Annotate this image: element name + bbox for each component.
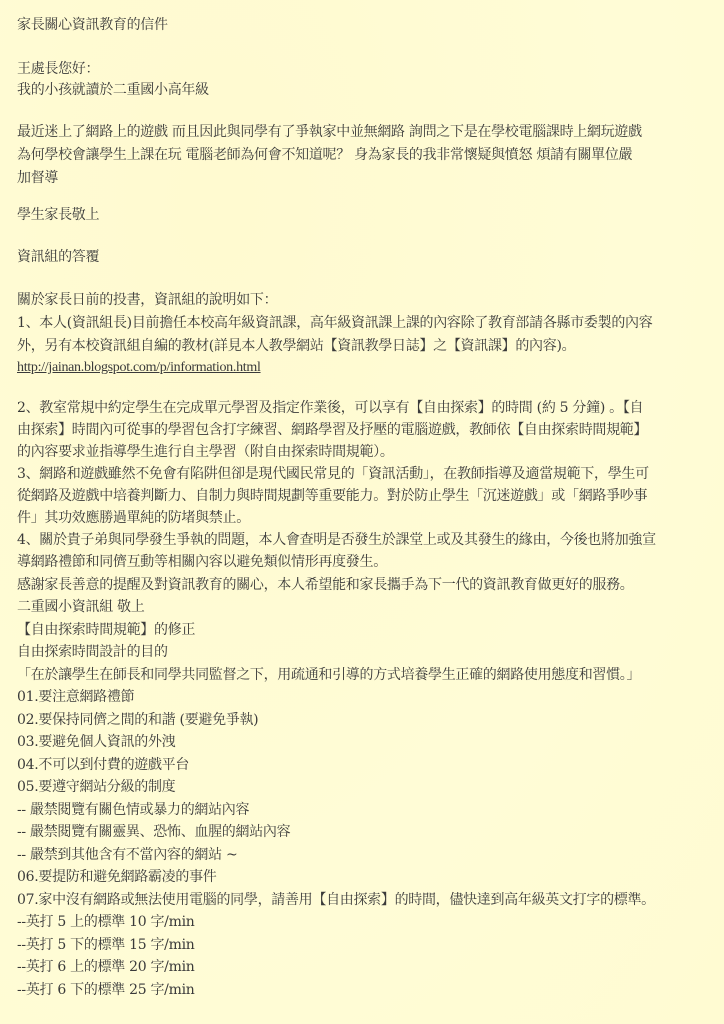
reply-intro: 關於家長日前的投書，資訊組的說明如下： bbox=[17, 292, 277, 308]
rules-heading: 【自由探索時間規範】的修正 bbox=[17, 622, 195, 638]
parent-intro: 我的小孩就讀於二重國小高年級 bbox=[17, 82, 209, 98]
info-page-link[interactable]: http://jainan.blogspot.com/p/information… bbox=[17, 359, 261, 376]
reply-signature: 二重國小資訊組 敬上 bbox=[17, 599, 144, 615]
parent-body-line: 為何學校會讓學生上課在玩 電腦老師為何會不知道呢？ 身為家長的我非常懷疑與憤怒 … bbox=[17, 147, 632, 163]
parent-salutation: 王處長您好： bbox=[17, 61, 99, 77]
info-page-link-text[interactable]: http://jainan.blogspot.com/p/information… bbox=[17, 360, 261, 375]
rules-purpose-heading: 自由探索時間設計的目的 bbox=[17, 644, 168, 660]
rule-item: 01.要注意網路禮節 bbox=[17, 689, 134, 705]
reply-point4-line: 4、關於貴子弟與同學發生爭執的問題，本人會查明是否發生於課堂上或及其發生的緣由，… bbox=[17, 532, 656, 548]
scanned-letter-page: 家長關心資訊教育的信件 王處長您好： 我的小孩就讀於二重國小高年級 最近迷上了網… bbox=[0, 0, 724, 1024]
reply-point2-line: 的內容要求並指導學生進行自主學習（附自由探索時間規範）。 bbox=[17, 444, 394, 460]
reply-point3-line: 3、網路和遊戲雖然不免會有陷阱但卻是現代國民常見的「資訊活動」，在教師指導及適當… bbox=[17, 466, 649, 482]
rule-item: 07.家中沒有網路或無法使用電腦的同學，請善用【自由探索】的時間，儘快達到高年級… bbox=[17, 892, 655, 908]
rule-item: 05.要遵守網站分級的制度 bbox=[17, 779, 175, 795]
rules-purpose: 「在於讓學生在師長和同學共同監督之下，用疏通和引導的方式培養學生正確的網路使用態… bbox=[17, 667, 640, 683]
reply-point1-line: 外，另有本校資訊組自編的教材(詳見本人教學網站【資訊教學日誌】之【資訊課】的內容… bbox=[17, 338, 575, 354]
rule-item: 02.要保持同儕之間的和諧 (要避免爭執) bbox=[17, 712, 258, 728]
reply-point3-line: 件」其功效應勝過單純的防堵與禁止。 bbox=[17, 510, 250, 526]
document-title: 家長關心資訊教育的信件 bbox=[17, 17, 168, 33]
reply-point1-line: 1、本人(資訊組長)目前擔任本校高年級資訊課，高年級資訊課上課的內容除了教育部請… bbox=[17, 315, 652, 331]
rule-subitem: -- 嚴禁閱覽有關色情或暴力的網站內容 bbox=[17, 802, 249, 818]
typing-standard: --英打 6 上的標準 20 字/min bbox=[17, 959, 194, 975]
rule-subitem: -- 嚴禁到其他含有不當內容的網站 ~ bbox=[17, 847, 237, 863]
reply-thanks: 感謝家長善意的提醒及對資訊教育的關心，本人希望能和家長攜手為下一代的資訊教育做更… bbox=[17, 577, 634, 593]
reply-point4-line: 導網路禮節和同儕互動等相關內容以避免類似情形再度發生。 bbox=[17, 554, 387, 570]
reply-point3-line: 從網路及遊戲中培養判斷力、自制力與時間規劃等重要能力。對於防止學生「沉迷遊戲」或… bbox=[17, 488, 647, 504]
rule-subitem: -- 嚴禁閱覽有關靈異、恐怖、血腥的網站內容 bbox=[17, 824, 290, 840]
typing-standard: --英打 5 上的標準 10 字/min bbox=[17, 914, 194, 930]
rule-item: 04.不可以到付費的遊戲平台 bbox=[17, 757, 189, 773]
reply-point2-line: 2、教室常規中約定學生在完成單元學習及指定作業後，可以享有【自由探索】的時間 (… bbox=[17, 400, 643, 416]
parent-body-line: 加督導 bbox=[17, 170, 58, 186]
parent-body-line: 最近迷上了網路上的遊戲 而且因此與同學有了爭執家中並無網路 詢問之下是在學校電腦… bbox=[17, 124, 642, 140]
rule-item: 03.要避免個人資訊的外洩 bbox=[17, 734, 175, 750]
reply-heading: 資訊組的答覆 bbox=[17, 249, 99, 265]
typing-standard: --英打 5 下的標準 15 字/min bbox=[17, 937, 194, 953]
reply-point2-line: 由探索】時間內可從事的學習包含打字練習、網路學習及抒壓的電腦遊戲，教師依【自由探… bbox=[17, 422, 647, 438]
rule-item: 06.要提防和避免網路霸凌的事件 bbox=[17, 869, 216, 885]
typing-standard: --英打 6 下的標準 25 字/min bbox=[17, 982, 194, 998]
parent-signature: 學生家長敬上 bbox=[17, 207, 99, 223]
